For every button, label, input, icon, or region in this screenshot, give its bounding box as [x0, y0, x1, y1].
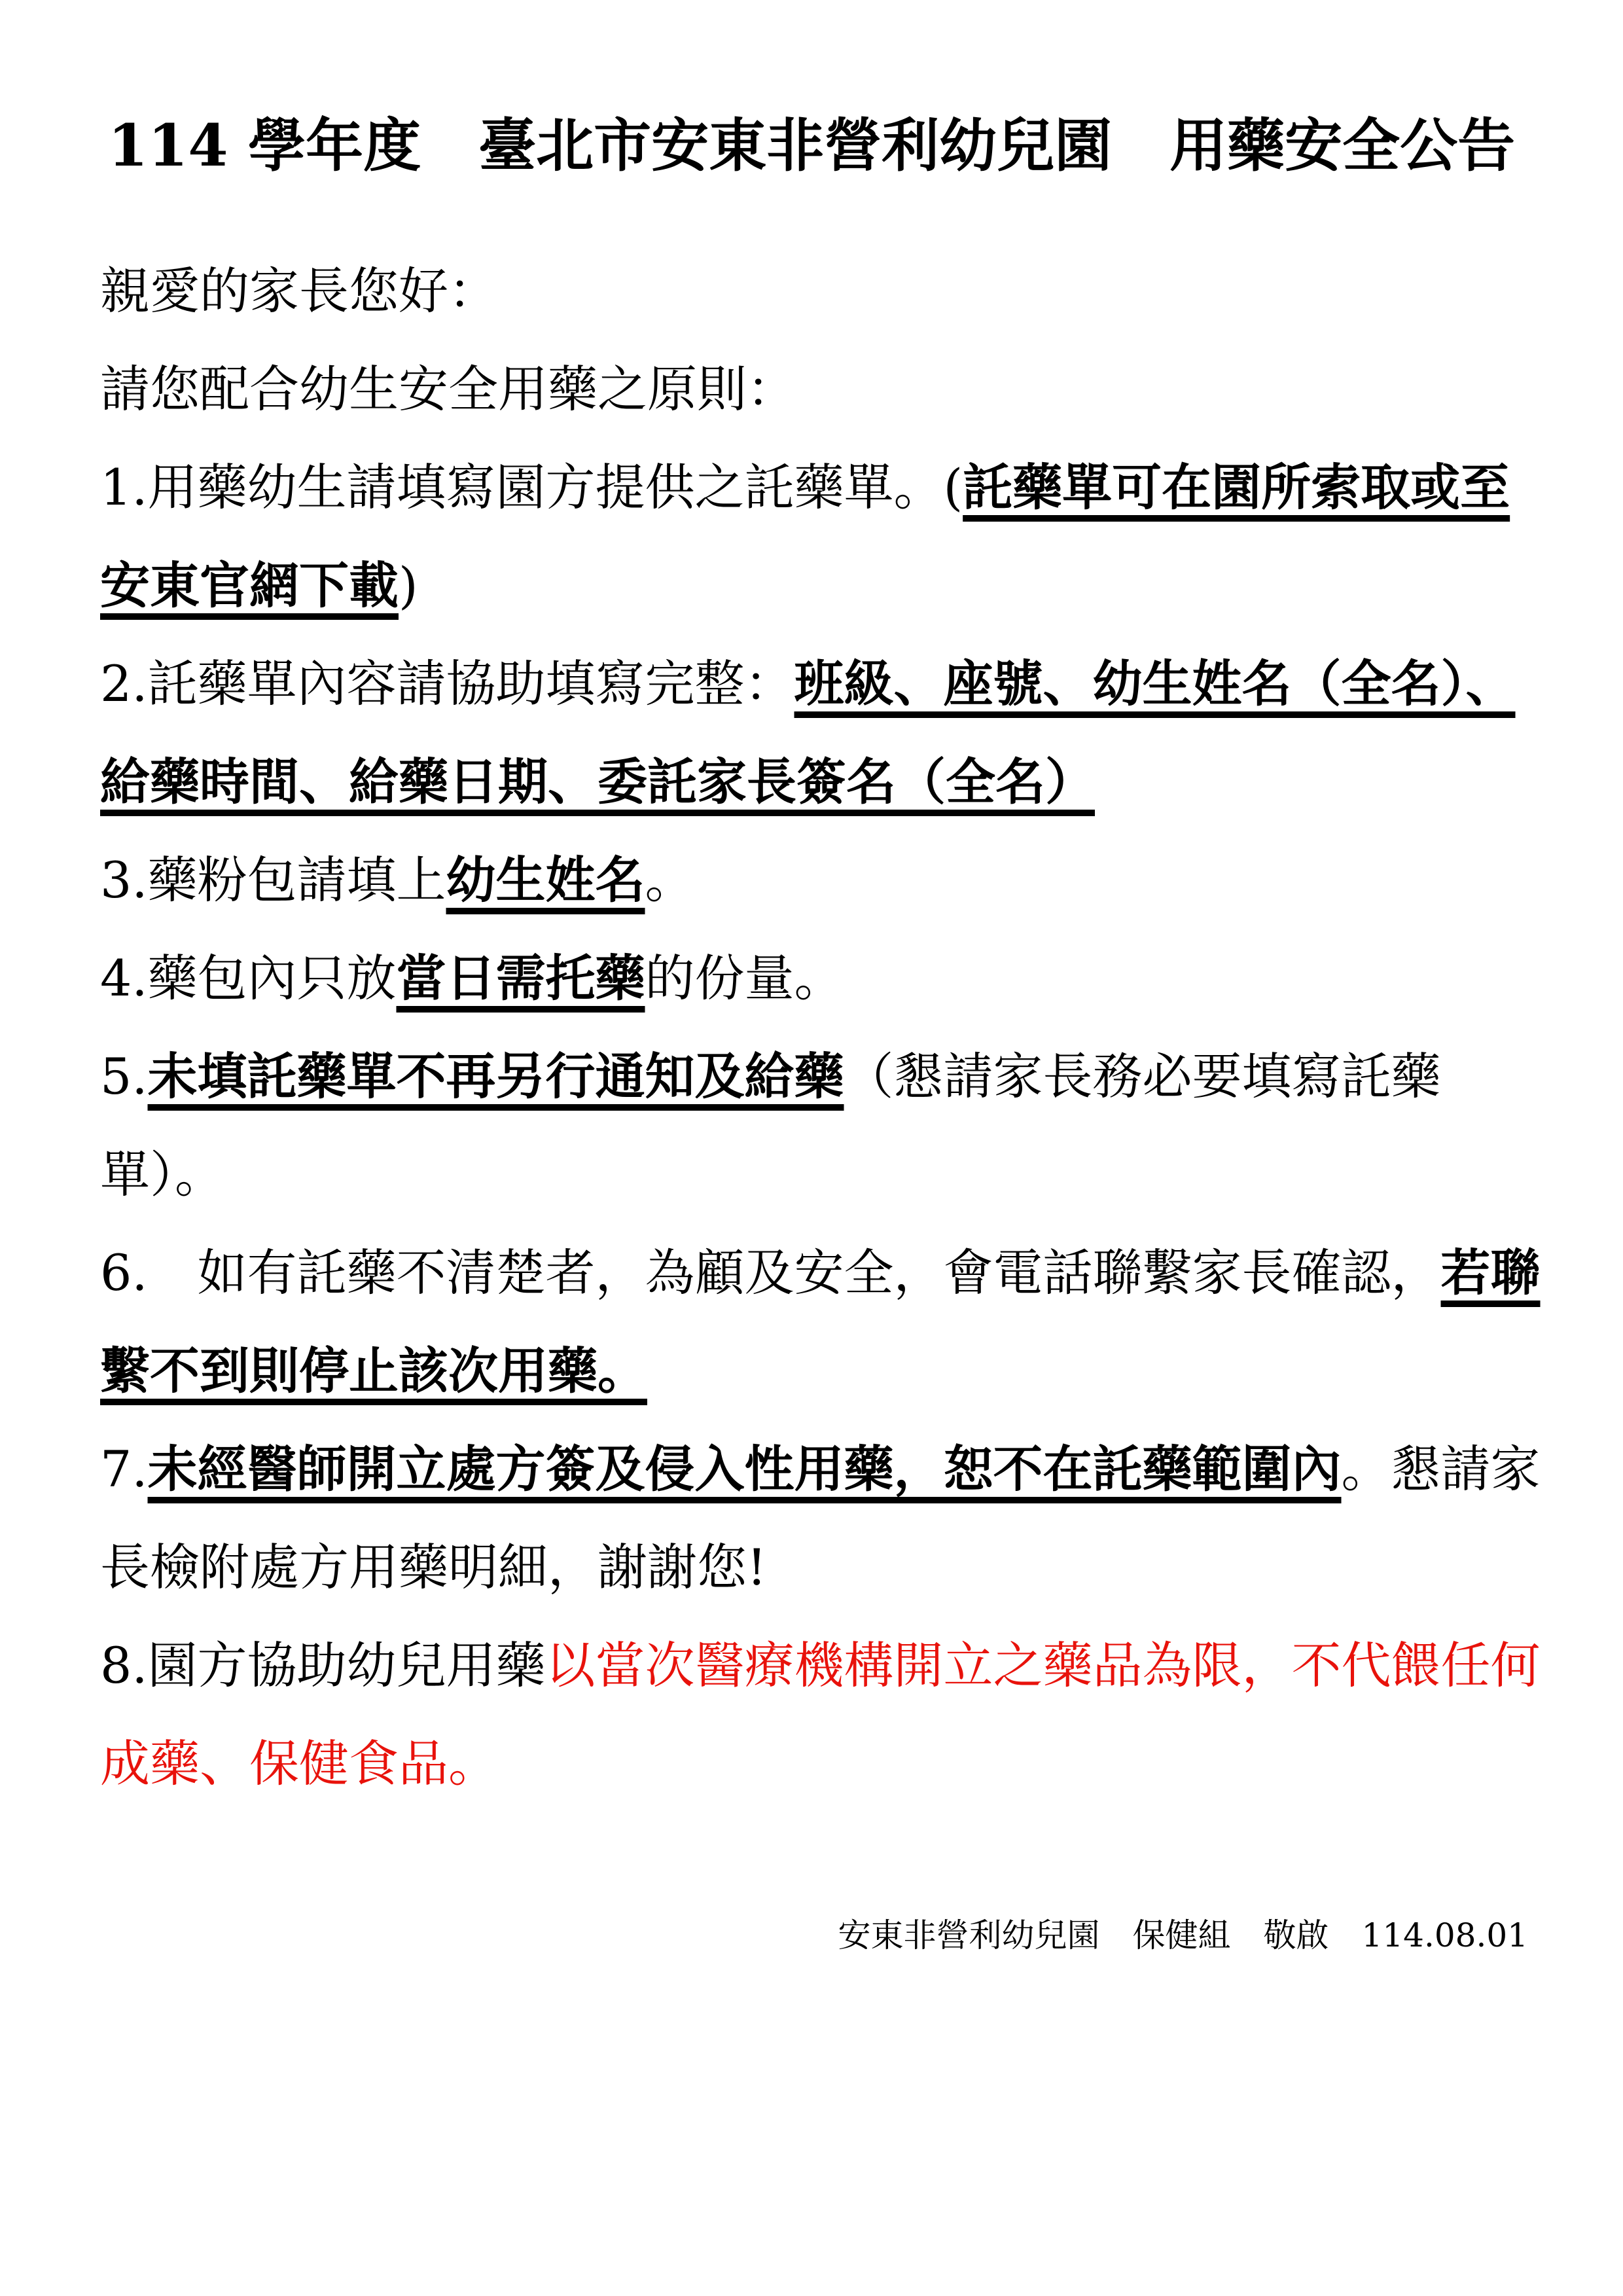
greeting-line: 親愛的家長您好： [100, 242, 1528, 340]
red-text-run: 以當次醫療機構開立之藥品為限，不代餵任何 [546, 1636, 1541, 1695]
underlined-text-run: 當日需托藥 [397, 949, 645, 1007]
item-1-line-2: 安東官網下載) [100, 537, 1528, 635]
text-run: 3.藥粉包請填上 [100, 851, 446, 909]
text-run: 6. 如有託藥不清楚者，為顧及安全，會電話聯繫家長確認， [100, 1244, 1441, 1302]
text-run: ) [399, 556, 418, 615]
text-run: 長檢附處方用藥明細，謝謝您! [100, 1538, 767, 1596]
text-run: 親愛的家長您好： [100, 262, 498, 320]
item-5-line-2: 單）。 [100, 1126, 1528, 1224]
text-run: 5. [100, 1047, 148, 1105]
underlined-text-run: 未經醫師開立處方簽及侵入性用藥，恕不在託藥範圍內 [148, 1440, 1342, 1498]
underlined-text-run: 未填託藥單不再另行通知及給藥 [148, 1047, 844, 1105]
text-run: 7. [100, 1440, 148, 1498]
item-5-line-1: 5.未填託藥單不再另行通知及給藥（懇請家長務必要填寫託藥 [100, 1028, 1528, 1126]
text-run: 請您配合幼生安全用藥之原則： [100, 360, 796, 418]
red-text-run: 成藥、保健食品。 [100, 1734, 498, 1793]
underlined-text-run: 託藥單可在園所索取或至 [963, 458, 1510, 516]
underlined-text-run: 繫不到則停止該次用藥。 [100, 1342, 647, 1400]
item-7-line-2: 長檢附處方用藥明細，謝謝您! [100, 1518, 1528, 1617]
text-run: （懇請家長務必要填寫託藥 [844, 1047, 1441, 1105]
item-6-line-2: 繫不到則停止該次用藥。 [100, 1322, 1528, 1420]
document-title: 114 學年度 臺北市安東非營利幼兒園 用藥安全公告 [0, 109, 1623, 182]
text-run: 。懇請家 [1342, 1440, 1541, 1498]
item-2-line-2: 給藥時間、給藥日期、委託家長簽名（全名） [100, 733, 1528, 831]
underlined-text-run: 安東官網下載 [100, 556, 399, 615]
text-run: 8.園方協助幼兒用藥 [100, 1636, 546, 1695]
intro-line: 請您配合幼生安全用藥之原則： [100, 340, 1528, 439]
text-run: 2.託藥單內容請協助填寫完整： [100, 655, 794, 713]
document-body: 親愛的家長您好： 請您配合幼生安全用藥之原則： 1.用藥幼生請填寫園方提供之託藥… [100, 242, 1528, 1813]
text-run: 4.藥包內只放 [100, 949, 397, 1007]
signature-line: 安東非營利幼兒園 保健組 敬啟 114.08.01 [100, 1915, 1528, 1956]
underlined-text-run: 若聯 [1441, 1244, 1541, 1302]
text-run: 安東非營利幼兒園 保健組 敬啟 114.08.01 [838, 1916, 1528, 1954]
underlined-text-run: 班級、座號、幼生姓名（全名）、 [794, 655, 1516, 713]
text-run: 單）。 [100, 1145, 224, 1204]
document-page: 114 學年度 臺北市安東非營利幼兒園 用藥安全公告 親愛的家長您好： 請您配合… [0, 0, 1623, 2296]
text-run: 1.用藥幼生請填寫園方提供之託藥單。( [100, 458, 963, 516]
item-6-line-1: 6. 如有託藥不清楚者，為顧及安全，會電話聯繫家長確認，若聯 [100, 1224, 1528, 1322]
item-7-line-1: 7.未經醫師開立處方簽及侵入性用藥，恕不在託藥範圍內。懇請家 [100, 1420, 1528, 1518]
item-8-line-2: 成藥、保健食品。 [100, 1715, 1528, 1813]
text-run: 。 [645, 851, 695, 909]
item-8-line-1: 8.園方協助幼兒用藥以當次醫療機構開立之藥品為限，不代餵任何 [100, 1617, 1528, 1715]
text-run: 的份量。 [645, 949, 844, 1007]
item-3-line: 3.藥粉包請填上幼生姓名。 [100, 831, 1528, 929]
underlined-text-run: 幼生姓名 [446, 851, 645, 909]
item-1-line-1: 1.用藥幼生請填寫園方提供之託藥單。(託藥單可在園所索取或至 [100, 439, 1528, 537]
item-2-line-1: 2.託藥單內容請協助填寫完整：班級、座號、幼生姓名（全名）、 [100, 635, 1528, 733]
underlined-text-run: 給藥時間、給藥日期、委託家長簽名（全名） [100, 753, 1095, 811]
item-4-line: 4.藥包內只放當日需托藥的份量。 [100, 929, 1528, 1028]
